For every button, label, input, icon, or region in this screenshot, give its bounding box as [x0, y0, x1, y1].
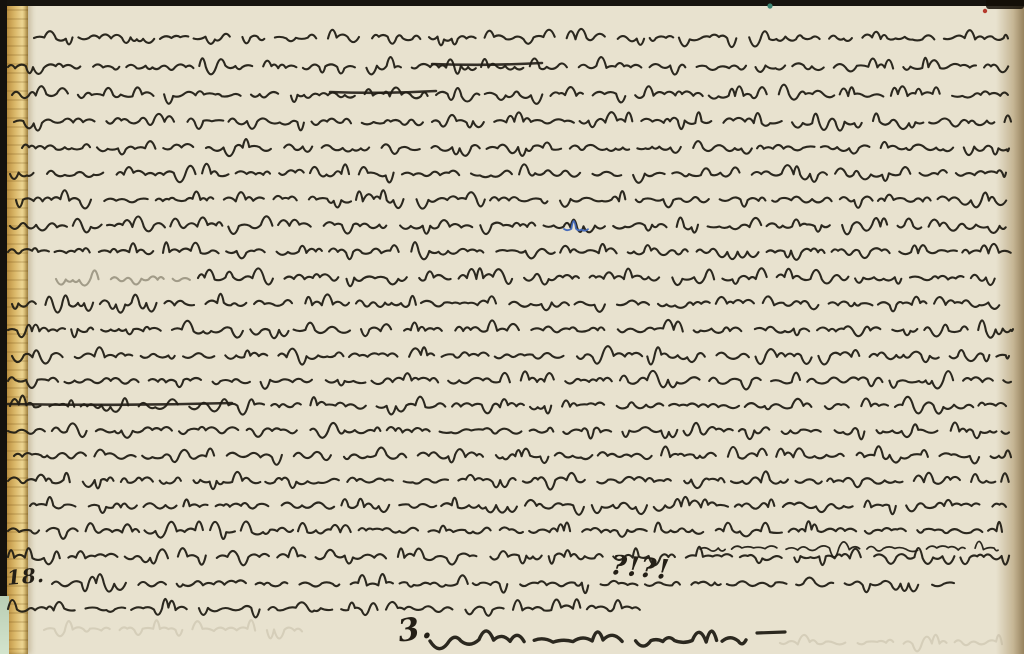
handwriting-line	[14, 446, 1011, 464]
handwriting-line	[12, 294, 999, 313]
handwriting-line	[198, 268, 995, 286]
handwriting-line	[8, 599, 640, 617]
handwriting-line	[16, 190, 1006, 208]
handwriting-line	[14, 112, 1011, 130]
handwriting-layer	[0, 0, 1024, 654]
handwriting-line	[44, 620, 302, 638]
interrobang-marks: ?!?!	[610, 552, 671, 584]
handwriting-line	[8, 422, 1009, 439]
handwriting-line	[56, 270, 190, 285]
handwriting-line	[30, 497, 1006, 515]
green-dot	[767, 3, 772, 8]
handwriting-line	[10, 164, 1006, 183]
date-heading-dash	[757, 632, 785, 633]
handwriting-line	[8, 57, 1008, 74]
date-heading-numeral: 3.	[396, 612, 434, 647]
strikethrough-stroke	[8, 403, 232, 405]
strikethrough-stroke	[330, 91, 436, 93]
scanned-page: 18. ?!?! 3.	[0, 0, 1024, 654]
handwriting-line	[10, 216, 1006, 234]
handwriting-line	[22, 139, 1009, 156]
handwriting-line	[34, 29, 1008, 47]
handwriting-line	[52, 574, 954, 593]
handwriting-line	[12, 346, 1009, 364]
handwriting-line	[8, 320, 1013, 338]
red-dot	[983, 9, 987, 13]
handwriting-line	[8, 547, 1009, 566]
handwriting-line	[8, 242, 1011, 260]
handwriting-line	[8, 471, 1009, 489]
handwriting-line	[780, 635, 1002, 652]
handwriting-line	[8, 521, 1002, 539]
handwriting-line	[8, 371, 1011, 390]
age-numeral-text: 18.	[6, 565, 45, 588]
handwriting-line	[12, 85, 1008, 104]
date-heading-script	[430, 631, 746, 649]
